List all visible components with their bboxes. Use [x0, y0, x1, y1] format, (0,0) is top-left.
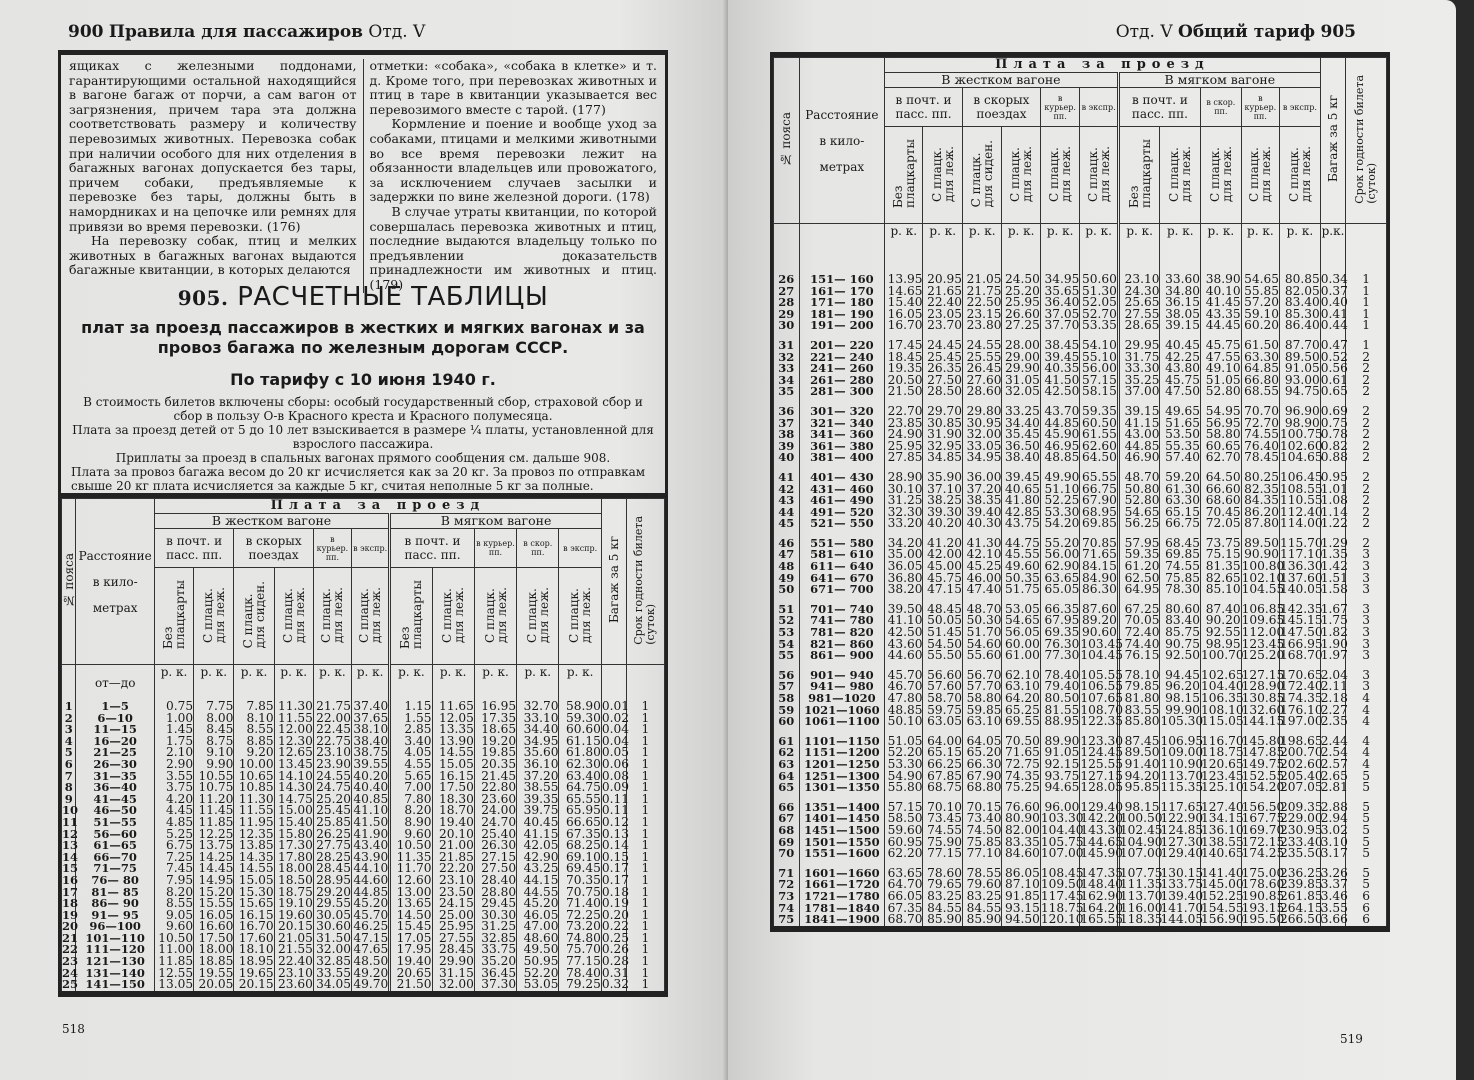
value-cell: 0.44	[1320, 320, 1346, 332]
value-cell: 207.05	[1280, 782, 1321, 794]
running-head-left: 900 Правила для пассажиров Отд. V	[68, 22, 425, 42]
value-cell: 77.10	[962, 848, 1002, 860]
value-cell: 92.50	[1160, 650, 1201, 662]
value-cell: 53.35	[1080, 320, 1118, 332]
value-cell: 37.70	[1040, 320, 1080, 332]
value-cell: 195.50	[1241, 914, 1279, 926]
value-cell: 78.45	[1241, 452, 1279, 464]
value-cell: 86.40	[1280, 320, 1321, 332]
column-header: С плацк. для леж.	[517, 568, 559, 665]
distance-header: Расстояние в кило- метрах	[799, 58, 884, 224]
value-cell: 114.00	[1280, 518, 1321, 530]
zone-header: № пояса	[774, 58, 800, 224]
book-spread: 900 Правила для пассажиров Отд. V ящиках…	[0, 0, 1474, 1080]
distance-cell: 401— 430	[799, 464, 884, 484]
distance-cell: 521— 550	[799, 518, 884, 530]
fare-title-header: Плата за проезд	[154, 499, 601, 514]
zone-cell: 50	[774, 584, 800, 596]
value-cell: 51.75	[1002, 584, 1040, 596]
value-cell: 44.60	[885, 650, 923, 662]
group-header: в курьер. пп.	[313, 529, 351, 568]
value-cell: 165.55	[1080, 914, 1118, 926]
value-cell: 55.60	[962, 650, 1002, 662]
zone-cell: 40	[774, 452, 800, 464]
value-cell: 107.00	[1040, 848, 1080, 860]
units-row: р. к.р. к.р. к.р. к.р. к.р. к.р. к.р. к.…	[774, 224, 1387, 275]
value-cell: 39.15	[1118, 398, 1160, 418]
value-cell: 70.70	[1241, 398, 1279, 418]
intro-text-frame: ящиках с железными поддонами, гарантирую…	[58, 50, 668, 270]
value-cell: 79.25	[559, 979, 601, 991]
table-row: 50671— 70038.2047.1547.4051.7565.0586.30…	[774, 584, 1387, 596]
value-cell: 96.90	[1280, 398, 1321, 418]
value-cell: 23.70	[923, 320, 963, 332]
table-row: 45521— 55033.2040.2040.3043.7554.2069.85…	[774, 518, 1387, 530]
value-cell: 4	[1346, 716, 1387, 728]
value-cell: 42.50	[1040, 386, 1080, 398]
distance-cell: 861— 900	[799, 650, 884, 662]
value-cell: 168.70	[1280, 650, 1321, 662]
value-cell: 64.95	[1118, 584, 1160, 596]
column-header: С плацк. для леж.	[1241, 127, 1279, 224]
value-cell: 65.05	[1040, 584, 1080, 596]
value-cell: 76.15	[1118, 650, 1160, 662]
column-header: С плацк. для леж.	[923, 127, 963, 224]
value-cell: 106.45	[1280, 464, 1321, 484]
value-cell: 13.05	[154, 979, 193, 991]
value-cell: 61.50	[1241, 332, 1279, 352]
table-row: 701551—160062.2077.1577.1084.60107.00145…	[774, 848, 1387, 860]
value-cell: 38.40	[1002, 452, 1040, 464]
value-cell: 53.05	[517, 979, 559, 991]
note: Приплаты за проезд в спальных вагонах пр…	[71, 451, 655, 465]
value-cell: 59.20	[1160, 464, 1201, 484]
table-row: 25141—15013.0520.0520.1523.6034.0549.702…	[62, 979, 665, 991]
value-cell: 64.50	[1201, 464, 1242, 484]
column-header: С плацк. для леж.	[559, 568, 601, 665]
value-cell: 22.70	[885, 398, 923, 418]
value-cell: 85.10	[1201, 584, 1242, 596]
value-cell: 197.00	[1280, 716, 1321, 728]
value-cell: 45.75	[1201, 332, 1242, 352]
paragraph: ящиках с железными поддонами, гарантирую…	[69, 59, 357, 234]
zone-cell: 36	[774, 398, 800, 418]
hard-wagon-header: В жестком вагоне	[885, 73, 1119, 88]
value-cell: 120.10	[1040, 914, 1080, 926]
value-cell: 0.69	[1320, 398, 1346, 418]
value-cell: 63.10	[962, 716, 1002, 728]
value-cell: 0.47	[1320, 332, 1346, 352]
note: Плата за проезд детей от 5 до 10 лет взы…	[71, 423, 655, 451]
distance-cell: 381— 400	[799, 452, 884, 464]
column-header: С плацк. для леж.	[313, 568, 351, 665]
value-cell: 75.25	[1002, 782, 1040, 794]
value-cell: 68.75	[923, 782, 963, 794]
value-cell: 129.40	[1160, 848, 1201, 860]
value-cell: 16.70	[885, 320, 923, 332]
hard-wagon-header: В жестком вагоне	[154, 514, 389, 529]
group-header: в почт. и пасс. пп.	[885, 88, 963, 127]
value-cell: 33.20	[885, 518, 923, 530]
tariff-date: По тарифу с 10 июня 1940 г.	[61, 370, 665, 389]
value-cell: 47.40	[962, 584, 1002, 596]
value-cell: 156.90	[1201, 914, 1242, 926]
group-header: в экспр.	[1280, 88, 1321, 127]
table-row: 55861— 90044.6055.5055.6061.0077.30104.4…	[774, 650, 1387, 662]
zone-cell: 31	[774, 332, 800, 352]
value-cell: 85.90	[962, 914, 1002, 926]
value-cell: 54.10	[1080, 332, 1118, 352]
value-cell: 3	[1346, 650, 1387, 662]
value-cell: 140.65	[1201, 848, 1242, 860]
distance-cell: 301— 320	[799, 398, 884, 418]
value-cell: 0.88	[1320, 452, 1346, 464]
value-cell: 27.25	[1002, 320, 1040, 332]
value-cell: 54.95	[1201, 398, 1242, 418]
value-cell: 37.00	[1118, 386, 1160, 398]
units-row: от—дор. к.р. к.р. к.р. к.р. к.р. к.р. к.…	[62, 665, 665, 702]
value-cell: 29.95	[1118, 332, 1160, 352]
value-cell: 28.00	[1002, 332, 1040, 352]
value-cell: 55.50	[923, 650, 963, 662]
value-cell: 32.05	[1002, 386, 1040, 398]
value-cell: 44.45	[1201, 320, 1242, 332]
value-cell: 21.50	[885, 386, 923, 398]
group-header: в экспр.	[559, 529, 601, 568]
group-header: в скорых поездах	[962, 88, 1040, 127]
group-header: в экспр.	[1080, 88, 1118, 127]
soft-wagon-header: В мягком вагоне	[1118, 73, 1320, 88]
column-header: С плацк. для леж.	[274, 568, 313, 665]
page-header-title: Общий тариф	[1178, 22, 1315, 42]
column-header: С плацк. для леж.	[1002, 127, 1040, 224]
value-cell: 115.35	[1160, 782, 1201, 794]
distance-cell: 201— 220	[799, 332, 884, 352]
value-cell: 125.20	[1241, 650, 1279, 662]
zone-cell: 70	[774, 848, 800, 860]
value-cell: 58.15	[1080, 386, 1118, 398]
value-cell: 59.35	[1080, 398, 1118, 418]
zone-cell: 60	[774, 716, 800, 728]
running-head-right: Отд. V Общий тариф 905	[1116, 22, 1356, 42]
table-row: 41401— 43028.9035.9036.0039.4549.9065.55…	[774, 464, 1387, 484]
baggage-header: Багаж за 5 кг	[1320, 58, 1346, 224]
value-cell: 85.90	[923, 914, 963, 926]
value-cell: 43.75	[1002, 518, 1040, 530]
value-cell: 105.30	[1160, 716, 1201, 728]
group-header: в почт. и пасс. пп.	[1118, 88, 1200, 127]
fare-title-header: Плата за проезд	[885, 58, 1321, 73]
section-title: 905. РАСЧЕТНЫЕ ТАБЛИЦЫ	[61, 282, 665, 312]
fare-table: № поясаРасстояние в кило- метрахПлата за…	[61, 498, 665, 991]
value-cell: 35.90	[923, 464, 963, 484]
value-cell: 17.45	[885, 332, 923, 352]
column-header: С плацк. для сиден.	[962, 127, 1002, 224]
value-cell: 40.20	[923, 518, 963, 530]
value-cell: 94.65	[1040, 782, 1080, 794]
value-cell: 235.50	[1280, 848, 1321, 860]
value-cell: 104.55	[1241, 584, 1279, 596]
value-cell: 55.80	[885, 782, 923, 794]
value-cell: 88.95	[1040, 716, 1080, 728]
value-cell: 3.17	[1320, 848, 1346, 860]
group-header: в курьер. пп.	[474, 529, 516, 568]
page-header-section: Отд. V	[368, 22, 425, 42]
value-cell: 37.30	[474, 979, 516, 991]
value-cell: 57.40	[1160, 452, 1201, 464]
table-row: 651301—135055.8068.7568.8075.2594.65128.…	[774, 782, 1387, 794]
value-cell: 104.45	[1080, 650, 1118, 662]
value-cell: 2	[1346, 518, 1387, 530]
value-cell: 104.65	[1280, 452, 1321, 464]
value-cell: 144.15	[1241, 716, 1279, 728]
value-cell: 144.05	[1160, 914, 1201, 926]
value-cell: 1.22	[1320, 518, 1346, 530]
value-cell: 94.75	[1280, 386, 1321, 398]
value-cell: 66.75	[1160, 518, 1201, 530]
value-cell: 77.30	[1040, 650, 1080, 662]
paragraph: отметки: «собака», «собака в клетке» и т…	[370, 59, 658, 117]
value-cell: 100.70	[1201, 650, 1242, 662]
value-cell: 28.65	[1118, 320, 1160, 332]
value-cell: 2	[1346, 452, 1387, 464]
value-cell: 48.85	[1040, 452, 1080, 464]
value-cell: 80.25	[1241, 464, 1279, 484]
value-cell: 36.00	[962, 464, 1002, 484]
value-cell: 63.05	[923, 716, 963, 728]
value-cell: 118.35	[1118, 914, 1160, 926]
distance-cell: 1301—1350	[799, 782, 884, 794]
column-header: С плацк. для леж.	[474, 568, 516, 665]
fare-table-left: № поясаРасстояние в кило- метрахПлата за…	[58, 493, 668, 997]
value-cell: 0.95	[1320, 464, 1346, 484]
value-cell: 33.25	[1002, 398, 1040, 418]
column-header: С плацк. для сиден.	[234, 568, 274, 665]
value-cell: 62.20	[885, 848, 923, 860]
value-cell: 1.58	[1320, 584, 1346, 596]
value-cell: 24.55	[962, 332, 1002, 352]
value-cell: 122.35	[1080, 716, 1118, 728]
value-cell: 5	[1346, 782, 1387, 794]
zone-cell: 41	[774, 464, 800, 484]
value-cell: 29.70	[923, 398, 963, 418]
value-cell: 43.70	[1040, 398, 1080, 418]
value-cell: 50.10	[885, 716, 923, 728]
value-cell: 52.80	[1201, 386, 1242, 398]
table-row: 30191— 20016.7023.7023.8027.2537.7053.35…	[774, 320, 1387, 332]
page-header-title: Правила для пассажиров	[109, 22, 363, 42]
column-header: С плацк. для леж.	[1280, 127, 1321, 224]
section-title-text: РАСЧЕТНЫЕ ТАБЛИЦЫ	[237, 282, 548, 312]
value-cell: 140.05	[1280, 584, 1321, 596]
column-header: Без плацкарты	[885, 127, 923, 224]
group-header: в скор. пп.	[517, 529, 559, 568]
value-cell: 2.81	[1320, 782, 1346, 794]
group-header: в скор. пп.	[1201, 88, 1242, 127]
column-header: С плацк. для леж.	[194, 568, 234, 665]
value-cell: 28.50	[923, 386, 963, 398]
table-row: 601061—110050.1063.0563.1069.5588.95122.…	[774, 716, 1387, 728]
value-cell: 266.50	[1280, 914, 1321, 926]
value-cell: 40.30	[962, 518, 1002, 530]
soft-wagon-header: В мягком вагоне	[390, 514, 602, 529]
value-cell: 1	[1346, 320, 1387, 332]
value-cell: 68.70	[885, 914, 923, 926]
group-header: в почт. и пасс. пп.	[154, 529, 233, 568]
page-header-section: Отд. V	[1116, 22, 1173, 42]
zone-cell: 25	[62, 979, 76, 991]
zone-cell: 45	[774, 518, 800, 530]
value-cell: 1.97	[1320, 650, 1346, 662]
value-cell: 29.80	[962, 398, 1002, 418]
note: В стоимость билетов включены сборы: особ…	[71, 395, 655, 423]
column-header: С плацк. для леж.	[1160, 127, 1201, 224]
value-cell: 2.35	[1320, 716, 1346, 728]
value-cell: 20.15	[234, 979, 274, 991]
column-header: Без плацкарты	[390, 568, 432, 665]
fare-table: № поясаРасстояние в кило- метрахПлата за…	[773, 57, 1387, 926]
column-header: С плацк. для леж.	[1040, 127, 1080, 224]
value-cell: 2	[1346, 398, 1387, 418]
validity-header: Срок годности билета (суток)	[1346, 58, 1387, 224]
value-cell: 72.05	[1201, 518, 1242, 530]
value-cell: 39.15	[1160, 320, 1201, 332]
value-cell: 145.90	[1080, 848, 1118, 860]
value-cell: 6	[1346, 914, 1387, 926]
value-cell: 23.60	[274, 979, 313, 991]
group-header: в курьер. пп.	[1241, 88, 1279, 127]
value-cell: 1	[626, 979, 664, 991]
zone-cell: 35	[774, 386, 800, 398]
column-header: С плацк. для леж.	[352, 568, 390, 665]
distance-cell: 671— 700	[799, 584, 884, 596]
value-cell: 32.00	[432, 979, 474, 991]
value-cell: 3	[1346, 584, 1387, 596]
value-cell: 47.15	[923, 584, 963, 596]
distance-cell: 191— 200	[799, 320, 884, 332]
value-cell: 56.25	[1118, 518, 1160, 530]
value-cell: 68.80	[962, 782, 1002, 794]
value-cell: 87.70	[1280, 332, 1321, 352]
table-row: 35281— 30021.5028.5028.6032.0542.5058.15…	[774, 386, 1387, 398]
value-cell: 34.05	[313, 979, 351, 991]
section-905-heading: 905. РАСЧЕТНЫЕ ТАБЛИЦЫ плат за проезд па…	[58, 270, 668, 495]
value-cell: 128.05	[1080, 782, 1118, 794]
value-cell: 85.80	[1118, 716, 1160, 728]
value-cell: 54.20	[1040, 518, 1080, 530]
value-cell: 125.10	[1201, 782, 1242, 794]
table-row: 751841—190068.7085.9085.9094.50120.10165…	[774, 914, 1387, 926]
column-header: Без плацкарты	[154, 568, 193, 665]
paragraph: Кормление и поение и вообще уход за соба…	[370, 117, 658, 205]
column-header: С плацк. для леж.	[1201, 127, 1242, 224]
value-cell: 65.55	[1080, 464, 1118, 484]
distance-cell: 1551—1600	[799, 848, 884, 860]
value-cell: 69.85	[1080, 518, 1118, 530]
distance-header: Расстояние в кило- метрах	[76, 499, 154, 665]
baggage-header: Багаж за 5 кг	[601, 499, 626, 665]
intro-column-2: отметки: «собака», «собака в клетке» и т…	[363, 59, 658, 293]
value-cell: 46.90	[1118, 452, 1160, 464]
value-cell: 20.05	[194, 979, 234, 991]
zone-cell: 55	[774, 650, 800, 662]
value-cell: 21.50	[390, 979, 432, 991]
intro-column-1: ящиках с железными поддонами, гарантирую…	[69, 59, 357, 293]
value-cell: 3.66	[1320, 914, 1346, 926]
validity-header: Срок годности билета (суток)	[626, 499, 664, 665]
value-cell: 47.50	[1160, 386, 1201, 398]
group-header: в экспр.	[352, 529, 390, 568]
column-header: Без плацкарты	[1118, 127, 1160, 224]
value-cell: 64.50	[1080, 452, 1118, 464]
value-cell: 23.80	[962, 320, 1002, 332]
group-header: в скорых поездах	[234, 529, 313, 568]
section-subtitle: плат за проезд пассажиров в жестких и мя…	[71, 318, 655, 358]
value-cell: 2	[1346, 464, 1387, 484]
page-number: 518	[62, 1022, 85, 1036]
value-cell: 38.20	[885, 584, 923, 596]
table-row: 40381— 40027.8534.8534.9538.4048.8564.50…	[774, 452, 1387, 464]
value-cell: 49.65	[1160, 398, 1201, 418]
value-cell: 94.50	[1002, 914, 1040, 926]
value-cell: 84.60	[1002, 848, 1040, 860]
value-cell: 28.60	[962, 386, 1002, 398]
value-cell: 2	[1346, 386, 1387, 398]
value-cell: 24.45	[923, 332, 963, 352]
value-cell: 77.15	[923, 848, 963, 860]
table-row: 31201— 22017.4524.4524.5528.0038.4554.10…	[774, 332, 1387, 352]
value-cell: 1	[1346, 332, 1387, 352]
value-cell: 34.85	[923, 452, 963, 464]
value-cell: 40.45	[1160, 332, 1201, 352]
page-number: 519	[1340, 1032, 1363, 1046]
section-number: 905.	[178, 286, 229, 310]
page-header-number: 905	[1321, 22, 1357, 42]
value-cell: 49.70	[352, 979, 390, 991]
value-cell: 95.85	[1118, 782, 1160, 794]
note: Плата за провоз багажа весом до 20 кг ис…	[71, 465, 655, 493]
value-cell: 86.30	[1080, 584, 1118, 596]
value-cell: 174.25	[1241, 848, 1279, 860]
value-cell: 48.70	[1118, 464, 1160, 484]
distance-cell: 281— 300	[799, 386, 884, 398]
value-cell: 61.00	[1002, 650, 1040, 662]
value-cell: 60.20	[1241, 320, 1279, 332]
distance-cell: 141—150	[76, 979, 154, 991]
value-cell: 68.55	[1241, 386, 1279, 398]
value-cell: 0.65	[1320, 386, 1346, 398]
value-cell: 28.90	[885, 464, 923, 484]
zone-cell: 30	[774, 320, 800, 332]
value-cell: 34.95	[962, 452, 1002, 464]
value-cell: 154.20	[1241, 782, 1279, 794]
value-cell: 107.00	[1118, 848, 1160, 860]
value-cell: 69.55	[1002, 716, 1040, 728]
distance-cell: 1841—1900	[799, 914, 884, 926]
group-header: в почт. и пасс. пп.	[390, 529, 475, 568]
table-row: 36301— 32022.7029.7029.8033.2543.7059.35…	[774, 398, 1387, 418]
value-cell: 78.30	[1160, 584, 1201, 596]
value-cell: 38.45	[1040, 332, 1080, 352]
fare-table-right: № поясаРасстояние в кило- метрахПлата за…	[770, 52, 1390, 932]
tariff-notes: В стоимость билетов включены сборы: особ…	[71, 395, 655, 493]
column-header: С плацк. для леж.	[1080, 127, 1118, 224]
value-cell: 115.05	[1201, 716, 1242, 728]
value-cell: 39.45	[1002, 464, 1040, 484]
zone-cell: 75	[774, 914, 800, 926]
zone-cell: 65	[774, 782, 800, 794]
value-cell: 49.90	[1040, 464, 1080, 484]
